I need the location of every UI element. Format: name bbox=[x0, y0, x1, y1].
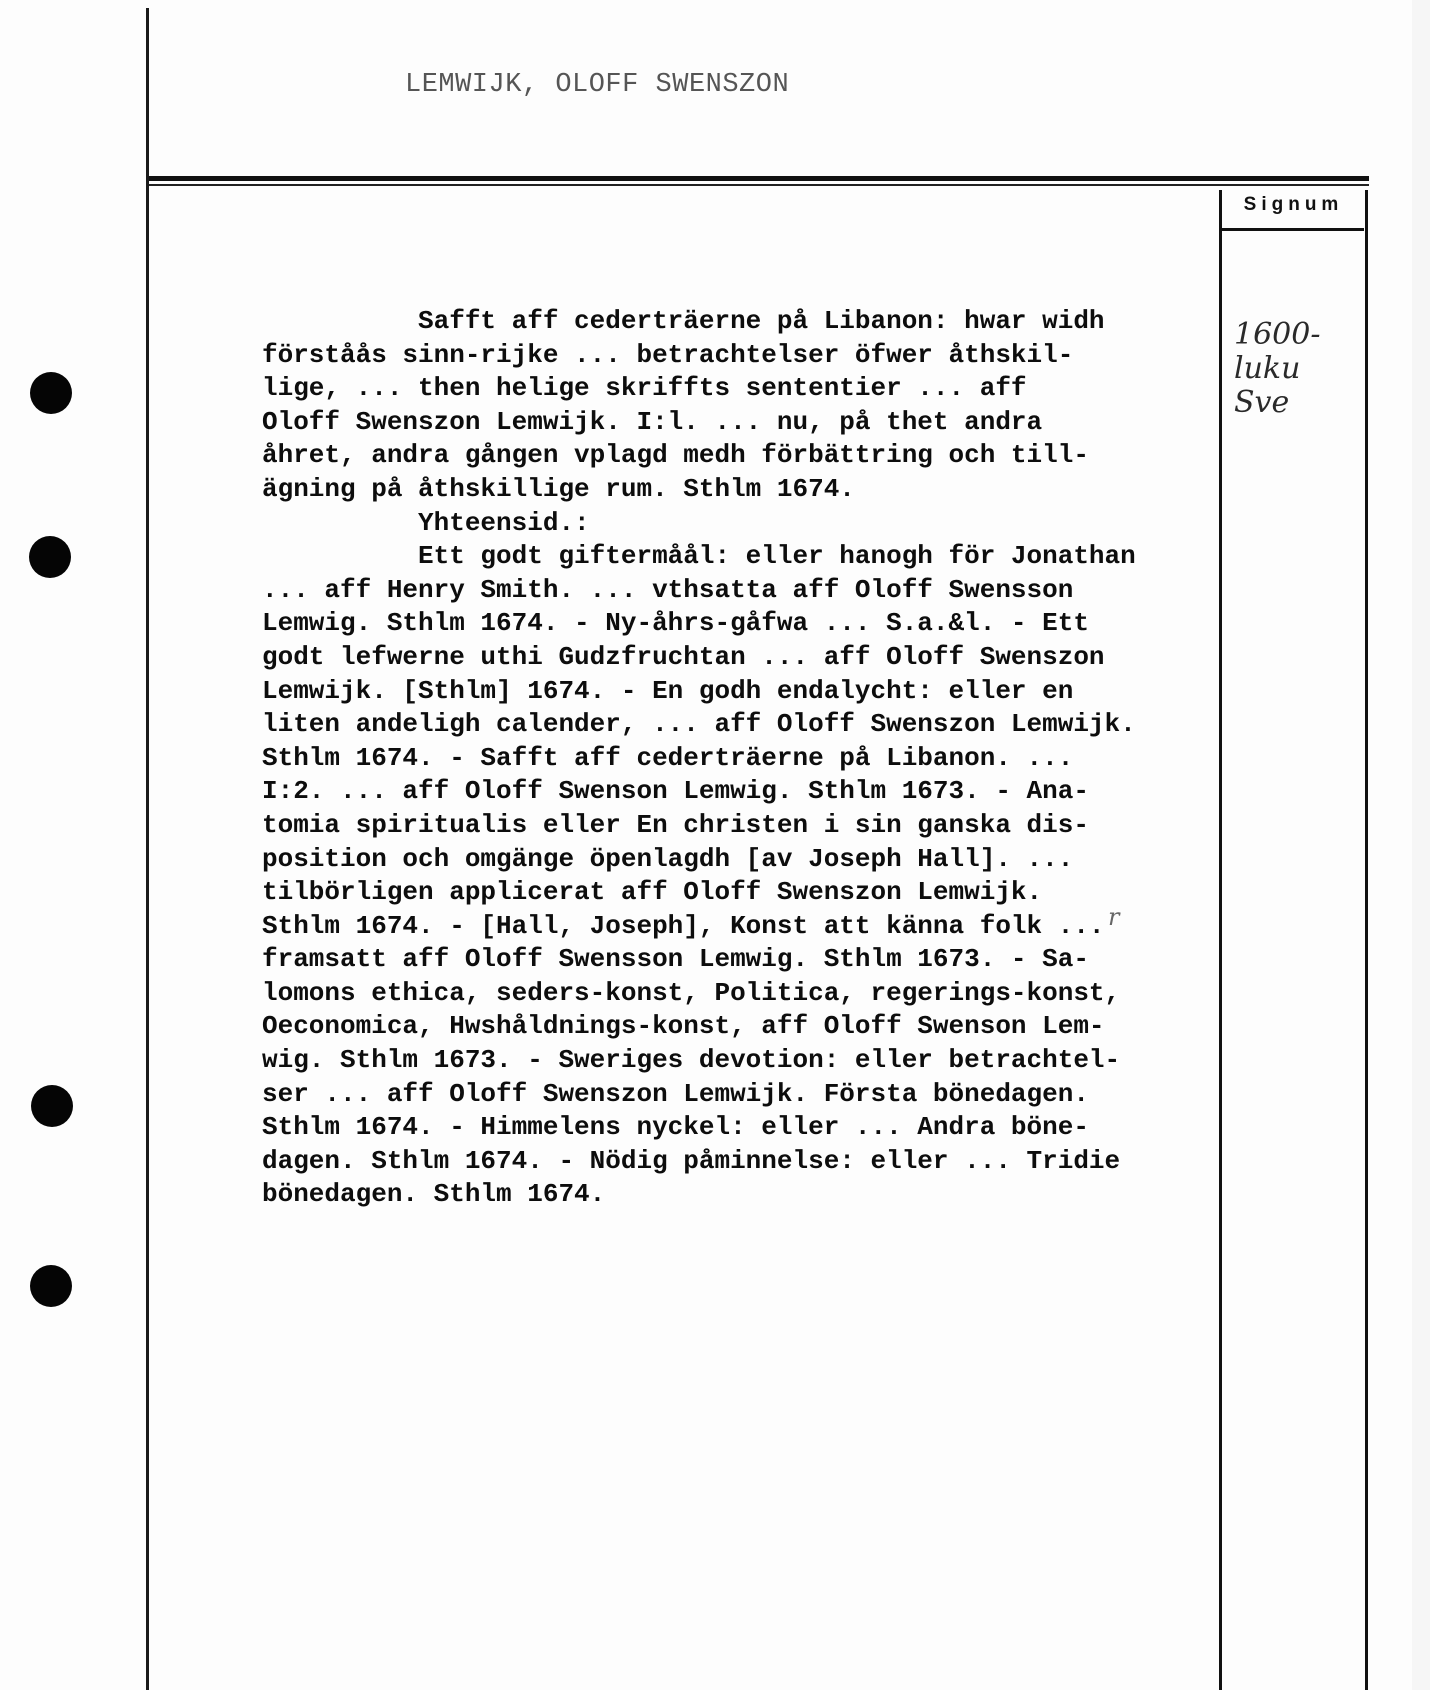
text-line: lomons ethica, seders-konst, Politica, r… bbox=[262, 977, 1242, 1011]
punch-hole bbox=[30, 372, 72, 414]
text-line: Oeconomica, Hwshåldnings-konst, aff Olof… bbox=[262, 1010, 1242, 1044]
left-margin-rule bbox=[146, 8, 149, 1690]
text-line: Oloff Swenszon Lemwijk. I:l. ... nu, på … bbox=[262, 406, 1242, 440]
text-line: åhret, andra gången vplagd medh förbättr… bbox=[262, 439, 1242, 473]
punch-hole bbox=[29, 536, 71, 578]
text-line: framsatt aff Oloff Swensson Lemwig. Sthl… bbox=[262, 943, 1242, 977]
text-line: ägning på åthskillige rum. Sthlm 1674. bbox=[262, 473, 1242, 507]
text-line: bönedagen. Sthlm 1674. bbox=[262, 1178, 1242, 1212]
text-line: Lemwig. Sthlm 1674. - Ny-åhrs-gåfwa ... … bbox=[262, 607, 1242, 641]
text-line: Yhteensid.: bbox=[262, 507, 1242, 541]
signum-underline bbox=[1222, 228, 1364, 231]
punch-hole bbox=[30, 1265, 72, 1307]
handwritten-correction-mark: r bbox=[1108, 903, 1119, 931]
signum-note-line: luku bbox=[1234, 352, 1374, 386]
header-rule-thin bbox=[149, 184, 1369, 186]
text-line: ... aff Henry Smith. ... vthsatta aff Ol… bbox=[262, 574, 1242, 608]
text-line: liten andeligh calender, ... aff Oloff S… bbox=[262, 708, 1242, 742]
text-line: tomia spiritualis eller En christen i si… bbox=[262, 809, 1242, 843]
header-rule bbox=[149, 176, 1369, 181]
text-line: ser ... aff Oloff Swenszon Lemwijk. Förs… bbox=[262, 1078, 1242, 1112]
text-line: Safft aff cederträerne på Libanon: hwar … bbox=[262, 305, 1242, 339]
card-heading: LEMWIJK, OLOFF SWENSZON bbox=[405, 70, 789, 100]
text-line: godt lefwerne uthi Gudzfruchtan ... aff … bbox=[262, 641, 1242, 675]
text-line: Sthlm 1674. - Himmelens nyckel: eller ..… bbox=[262, 1111, 1242, 1145]
signum-note-line: 1600- bbox=[1234, 318, 1374, 352]
text-line: tilbörligen applicerat aff Oloff Swenszo… bbox=[262, 876, 1242, 910]
punch-hole bbox=[31, 1085, 73, 1127]
text-line: dagen. Sthlm 1674. - Nödig påminnelse: e… bbox=[262, 1145, 1242, 1179]
text-line: Lemwijk. [Sthlm] 1674. - En godh endalyc… bbox=[262, 675, 1242, 709]
signum-label: Signum bbox=[1222, 194, 1365, 216]
text-line: position och omgänge öpenlagdh [av Josep… bbox=[262, 843, 1242, 877]
bibliographic-description: Safft aff cederträerne på Libanon: hwar … bbox=[262, 305, 1242, 1212]
text-line: I:2. ... aff Oloff Swenson Lemwig. Sthlm… bbox=[262, 775, 1242, 809]
text-line: wig. Sthlm 1673. - Sweriges devotion: el… bbox=[262, 1044, 1242, 1078]
text-line: Sthlm 1674. - Safft aff cederträerne på … bbox=[262, 742, 1242, 776]
text-line: Sthlm 1674. - [Hall, Joseph], Konst att … bbox=[262, 910, 1242, 944]
text-line: Ett godt giftermåål: eller hanogh för Jo… bbox=[262, 540, 1242, 574]
catalog-card: LEMWIJK, OLOFF SWENSZON Signum 1600- luk… bbox=[0, 0, 1430, 1690]
text-line: lige, ... then helige skriffts sententie… bbox=[262, 372, 1242, 406]
card-edge bbox=[1412, 0, 1430, 1690]
signum-note-line: Sve bbox=[1234, 386, 1374, 420]
signum-handwritten-note: 1600- luku Sve bbox=[1222, 318, 1374, 420]
text-line: förståås sinn-rijke ... betrachtelser öf… bbox=[262, 339, 1242, 373]
